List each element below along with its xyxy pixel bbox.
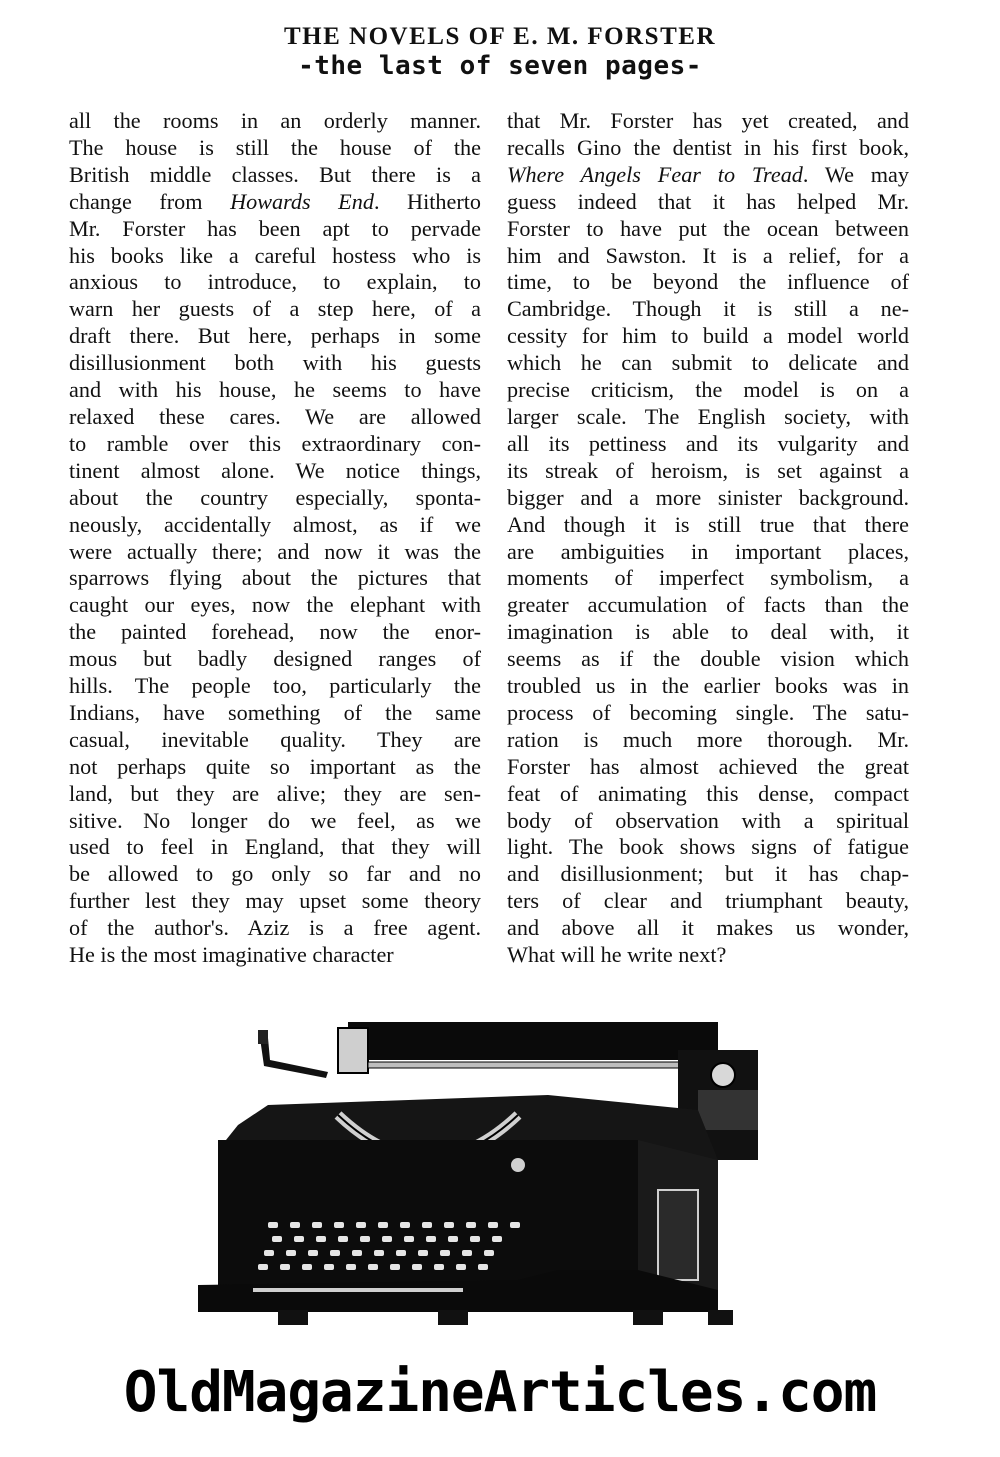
text-line: Forster to have put the ocean between <box>507 216 909 243</box>
text-line: sitive. No longer do we feel, as we <box>69 808 481 835</box>
text-segment: body of observation with a spiritual <box>507 808 909 833</box>
text-line: body of observation with a spiritual <box>507 808 909 835</box>
text-segment: cessity for him to build a model world <box>507 323 909 348</box>
text-line: process of becoming single. The satu- <box>507 700 909 727</box>
text-segment: Forster has almost achieved the great <box>507 754 909 779</box>
text-segment: time, to be beyond the influence of <box>507 269 909 294</box>
text-line: were actually there; and now it was the <box>69 539 481 566</box>
text-line: caught our eyes, now the elephant with <box>69 592 481 619</box>
text-line: neously, accidentally almost, as if we <box>69 512 481 539</box>
text-line: troubled us in the earlier books was in <box>507 673 909 700</box>
text-segment: ration is much more thorough. Mr. <box>507 727 909 752</box>
text-line: his books like a careful hostess who is <box>69 243 481 270</box>
text-segment: change from <box>69 189 230 214</box>
text-segment: troubled us in the earlier books was in <box>507 673 909 698</box>
text-line: used to feel in England, that they will <box>69 834 481 861</box>
site-watermark: OldMagazineArticles.com <box>0 1360 1000 1425</box>
text-line: seems as if the double vision which <box>507 646 909 673</box>
text-segment: him and Sawston. It is a relief, for a <box>507 243 909 268</box>
text-line: and disillusionment; but it has chap- <box>507 861 909 888</box>
text-segment: further lest they may upset some theory <box>69 888 481 913</box>
text-segment: caught our eyes, now the elephant with <box>69 592 481 617</box>
text-line: larger scale. The English society, with <box>507 404 909 431</box>
text-segment: recalls Gino the dentist in his first bo… <box>507 135 909 160</box>
text-line: him and Sawston. It is a relief, for a <box>507 243 909 270</box>
text-line: The house is still the house of the <box>69 135 481 162</box>
text-segment: draft there. But here, perhaps in some <box>69 323 481 348</box>
text-segment: to ramble over this extraordinary con- <box>69 431 481 456</box>
text-line: be allowed to go only so far and no <box>69 861 481 888</box>
text-segment: The house is still the house of the <box>69 135 481 160</box>
page-header: THE NOVELS OF E. M. FORSTER -the last of… <box>0 22 1000 80</box>
text-line: disillusionment both with his guests <box>69 350 481 377</box>
text-line: cessity for him to build a model world <box>507 323 909 350</box>
text-line: mous but badly designed ranges of <box>69 646 481 673</box>
text-segment: He is the most imaginative character <box>69 942 394 967</box>
text-line: anxious to introduce, to explain, to <box>69 269 481 296</box>
text-line: bigger and a more sinister background. <box>507 485 909 512</box>
typewriter-icon <box>198 1000 778 1325</box>
text-line: about the country especially, sponta- <box>69 485 481 512</box>
text-line: Indians, have something of the same <box>69 700 481 727</box>
text-segment: light. The book shows signs of fatigue <box>507 834 909 859</box>
text-segment: land, but they are alive; they are sen- <box>69 781 481 806</box>
text-segment: greater accumulation of facts than the <box>507 592 909 617</box>
text-line: all the rooms in an orderly manner. <box>69 108 481 135</box>
text-line: change from Howards End. Hitherto <box>69 189 481 216</box>
text-line: What will he write next? <box>507 942 909 969</box>
text-line: imagination is able to deal with, it <box>507 619 909 646</box>
text-line: Where Angels Fear to Tread. We may <box>507 162 909 189</box>
text-line: moments of imperfect symbolism, a <box>507 565 909 592</box>
text-line: feat of animating this dense, compact <box>507 781 909 808</box>
text-line: casual, inevitable quality. They are <box>69 727 481 754</box>
text-segment: disillusionment both with his guests <box>69 350 481 375</box>
text-segment: sparrows flying about the pictures that <box>69 565 481 590</box>
text-segment: the painted forehead, now the enor- <box>69 619 481 644</box>
text-segment: feat of animating this dense, compact <box>507 781 909 806</box>
text-line: of the author's. Aziz is a free agent. <box>69 915 481 942</box>
text-line: recalls Gino the dentist in his first bo… <box>507 135 909 162</box>
text-line: are ambiguities in important places, <box>507 539 909 566</box>
page-title: THE NOVELS OF E. M. FORSTER <box>0 22 1000 52</box>
text-line: land, but they are alive; they are sen- <box>69 781 481 808</box>
text-segment: process of becoming single. The satu- <box>507 700 909 725</box>
text-segment: casual, inevitable quality. They are <box>69 727 481 752</box>
text-segment: And though it is still true that there <box>507 512 909 537</box>
text-segment: that Mr. Forster has yet created, and <box>507 108 909 133</box>
text-segment: imagination is able to deal with, it <box>507 619 909 644</box>
text-segment: all the rooms in an orderly manner. <box>69 108 481 133</box>
text-segment: . Hitherto <box>374 189 481 214</box>
text-line: He is the most imaginative character <box>69 942 481 969</box>
text-line: to ramble over this extraordinary con- <box>69 431 481 458</box>
text-segment: anxious to introduce, to explain, to <box>69 269 481 294</box>
text-line: time, to be beyond the influence of <box>507 269 909 296</box>
text-segment: are ambiguities in important places, <box>507 539 909 564</box>
text-segment: relaxed these cares. We are allowed <box>69 404 481 429</box>
text-segment: Mr. Forster has been apt to pervade <box>69 216 481 241</box>
text-line: draft there. But here, perhaps in some <box>69 323 481 350</box>
text-line: light. The book shows signs of fatigue <box>507 834 909 861</box>
text-line: and with his house, he seems to have <box>69 377 481 404</box>
text-line: sparrows flying about the pictures that <box>69 565 481 592</box>
page-subtitle: -the last of seven pages- <box>0 52 1000 80</box>
text-segment: all its pettiness and its vulgarity and <box>507 431 909 456</box>
text-line: which he can submit to delicate and <box>507 350 909 377</box>
text-segment: British middle classes. But there is a <box>69 162 481 187</box>
text-segment: Cambridge. Though it is still a ne- <box>507 296 909 321</box>
text-line: precise criticism, the model is on a <box>507 377 909 404</box>
text-segment: seems as if the double vision which <box>507 646 909 671</box>
text-line: Forster has almost achieved the great <box>507 754 909 781</box>
text-line: greater accumulation of facts than the <box>507 592 909 619</box>
text-segment: What will he write next? <box>507 942 726 967</box>
text-segment: ters of clear and triumphant beauty, <box>507 888 909 913</box>
text-line: British middle classes. But there is a <box>69 162 481 189</box>
text-segment: of the author's. Aziz is a free agent. <box>69 915 481 940</box>
text-segment: . We may <box>803 162 909 187</box>
text-segment: not perhaps quite so important as the <box>69 754 481 779</box>
text-segment: Forster to have put the ocean between <box>507 216 909 241</box>
text-line: Cambridge. Though it is still a ne- <box>507 296 909 323</box>
book-title: Howards End <box>230 189 374 214</box>
text-segment: guess indeed that it has helped Mr. <box>507 189 909 214</box>
text-line: guess indeed that it has helped Mr. <box>507 189 909 216</box>
text-segment: mous but badly designed ranges of <box>69 646 481 671</box>
text-line: hills. The people too, particularly the <box>69 673 481 700</box>
text-line: not perhaps quite so important as the <box>69 754 481 781</box>
text-segment: larger scale. The English society, with <box>507 404 909 429</box>
article-column-right: that Mr. Forster has yet created, andrec… <box>507 108 909 969</box>
text-segment: which he can submit to delicate and <box>507 350 909 375</box>
text-line: all its pettiness and its vulgarity and <box>507 431 909 458</box>
text-segment: hills. The people too, particularly the <box>69 673 481 698</box>
text-segment: and disillusionment; but it has chap- <box>507 861 909 886</box>
text-line: and above all it makes us wonder, <box>507 915 909 942</box>
text-segment: his books like a careful hostess who is <box>69 243 481 268</box>
text-line: tinent almost alone. We notice things, <box>69 458 481 485</box>
text-line: And though it is still true that there <box>507 512 909 539</box>
text-segment: about the country especially, sponta- <box>69 485 481 510</box>
text-segment: bigger and a more sinister background. <box>507 485 909 510</box>
text-segment: and above all it makes us wonder, <box>507 915 909 940</box>
text-line: ration is much more thorough. Mr. <box>507 727 909 754</box>
text-line: ters of clear and triumphant beauty, <box>507 888 909 915</box>
text-line: Mr. Forster has been apt to pervade <box>69 216 481 243</box>
text-segment: moments of imperfect symbolism, a <box>507 565 909 590</box>
text-segment: warn her guests of a step here, of a <box>69 296 481 321</box>
text-segment: be allowed to go only so far and no <box>69 861 481 886</box>
text-segment: tinent almost alone. We notice things, <box>69 458 481 483</box>
text-line: relaxed these cares. We are allowed <box>69 404 481 431</box>
text-line: that Mr. Forster has yet created, and <box>507 108 909 135</box>
text-line: further lest they may upset some theory <box>69 888 481 915</box>
text-segment: its streak of heroism, is set against a <box>507 458 909 483</box>
text-segment: precise criticism, the model is on a <box>507 377 909 402</box>
text-segment: were actually there; and now it was the <box>69 539 481 564</box>
text-line: warn her guests of a step here, of a <box>69 296 481 323</box>
text-line: its streak of heroism, is set against a <box>507 458 909 485</box>
text-segment: Indians, have something of the same <box>69 700 481 725</box>
text-line: the painted forehead, now the enor- <box>69 619 481 646</box>
book-title: Where Angels Fear to Tread <box>507 162 803 187</box>
text-segment: and with his house, he seems to have <box>69 377 481 402</box>
text-segment: used to feel in England, that they will <box>69 834 481 859</box>
article-column-left: all the rooms in an orderly manner.The h… <box>69 108 481 969</box>
text-segment: sitive. No longer do we feel, as we <box>69 808 481 833</box>
text-segment: neously, accidentally almost, as if we <box>69 512 481 537</box>
